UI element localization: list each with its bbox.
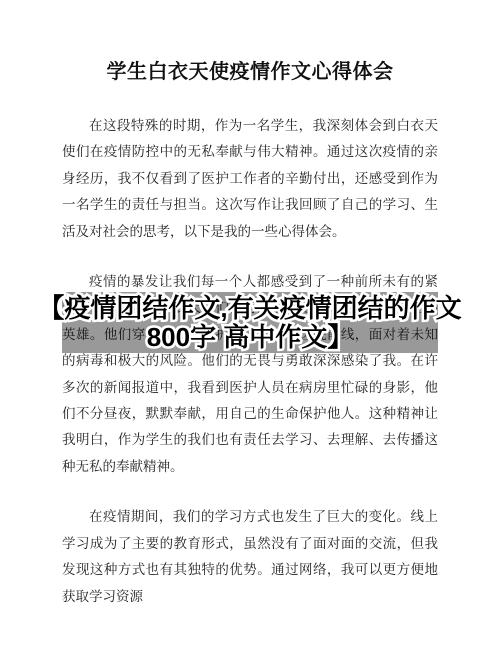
article-paragraph-1: 在这段特殊的时期，作为一名学生，我深刻体会到白衣天使们在疫情防控中的无私奉献与伟… <box>62 113 438 245</box>
document-page: 学生白衣天使疫情作文心得体会 在这段特殊的时期，作为一名学生，我深刻体会到白衣天… <box>0 0 500 647</box>
article-paragraph-2: 疫情的暴发让我们每一个人都感受到了一种前所未有的紧迫感与不安。但白衣天使们没有退… <box>62 269 438 480</box>
article-body: 在这段特殊的时期，作为一名学生，我深刻体会到白衣天使们在疫情防控中的无私奉献与伟… <box>0 113 500 610</box>
article-paragraph-3: 在疫情期间，我们的学习方式也发生了巨大的变化。线上学习成为了主要的教育形式，虽然… <box>62 504 438 610</box>
document-title: 学生白衣天使疫情作文心得体会 <box>0 0 500 86</box>
